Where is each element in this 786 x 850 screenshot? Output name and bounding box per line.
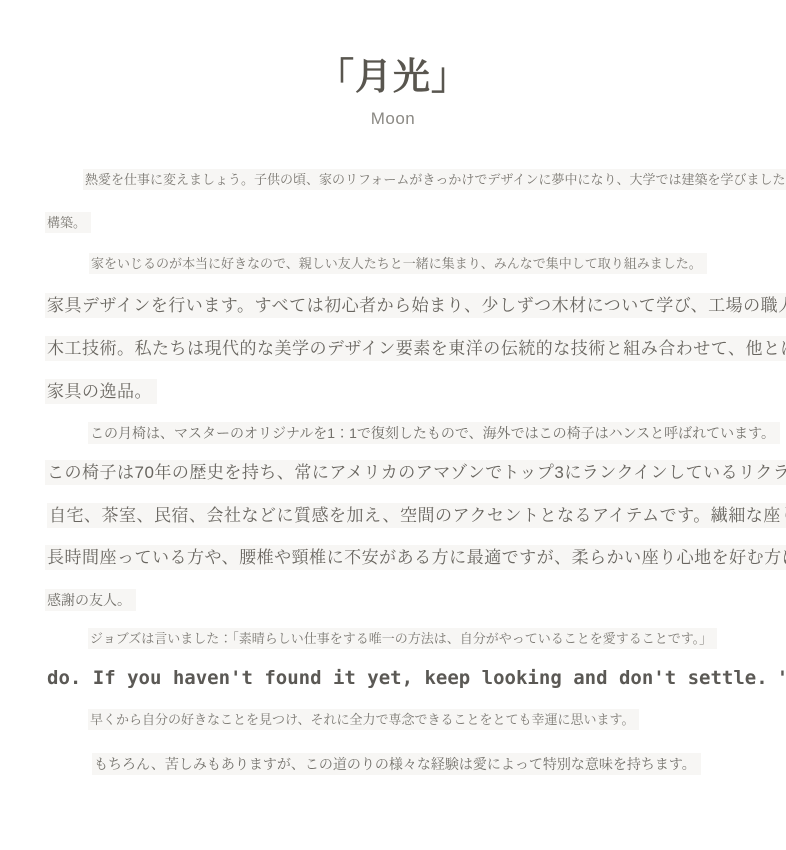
text-line-fine-furniture: 家具の逸品。: [45, 381, 157, 404]
text-line-chair-history: この椅子は70年の歴史を持ち、常にアメリカのアマゾンでトップ3にランクインしてい…: [45, 462, 786, 485]
text-line-usage-spaces: 自宅、茶室、民宿、会社などに質感を加え、空間のアクセントとなるアイテムです。繊細…: [47, 505, 786, 528]
text-line-jobs-quote-en: do. If you haven't found it yet, keep lo…: [45, 666, 786, 692]
text-line-construction: 構築。: [45, 214, 91, 232]
text-line-sitting-comfort: 長時間座っている方や、腰椎や頸椎に不安がある方に最適ですが、柔らかい座り心地を好…: [45, 547, 786, 570]
text-line-tinkering-homes: 家をいじるのが本当に好きなので、親しい友人たちと一緒に集まり、みんなで集中して取…: [89, 255, 707, 273]
text-line-moon-chair-replica: この月椅は、マスターのオリジナルを1：1で復刻したもので、海外ではこの椅子はハン…: [88, 424, 780, 443]
text-line-woodworking: 木工技術。私たちは現代的な美学のデザイン要素を東洋の伝統的な技術と組み合わせて、…: [45, 338, 786, 361]
page-title: 「月光」: [0, 46, 786, 100]
document-page: 「月光」 Moon 熱愛を仕事に変えましょう。子供の頃、家のリフォームがきっかけ…: [0, 0, 786, 850]
text-line-grateful-friend: 感謝の友人。: [45, 591, 136, 610]
text-line-journey-meaning: もちろん、苦しみもありますが、この道のりの様々な経験は愛によって特別な意味を持ち…: [92, 755, 701, 774]
text-line-lucky-passion: 早くから自分の好きなことを見つけ、それに全力で専念できることをとても幸運に思いま…: [88, 711, 639, 729]
page-subtitle: Moon: [0, 109, 786, 129]
text-line-jobs-quote-ja: ジョブズは言いました：「素晴らしい仕事をする唯一の方法は、自分がやっていることを…: [88, 630, 717, 648]
text-line-furniture-design: 家具デザインを行います。すべては初心者から始まり、少しずつ木材について学び、工場…: [45, 295, 786, 318]
text-line-passion-intro: 熱愛を仕事に変えましょう。子供の頃、家のリフォームがきっかけでデザインに夢中にな…: [83, 171, 786, 189]
